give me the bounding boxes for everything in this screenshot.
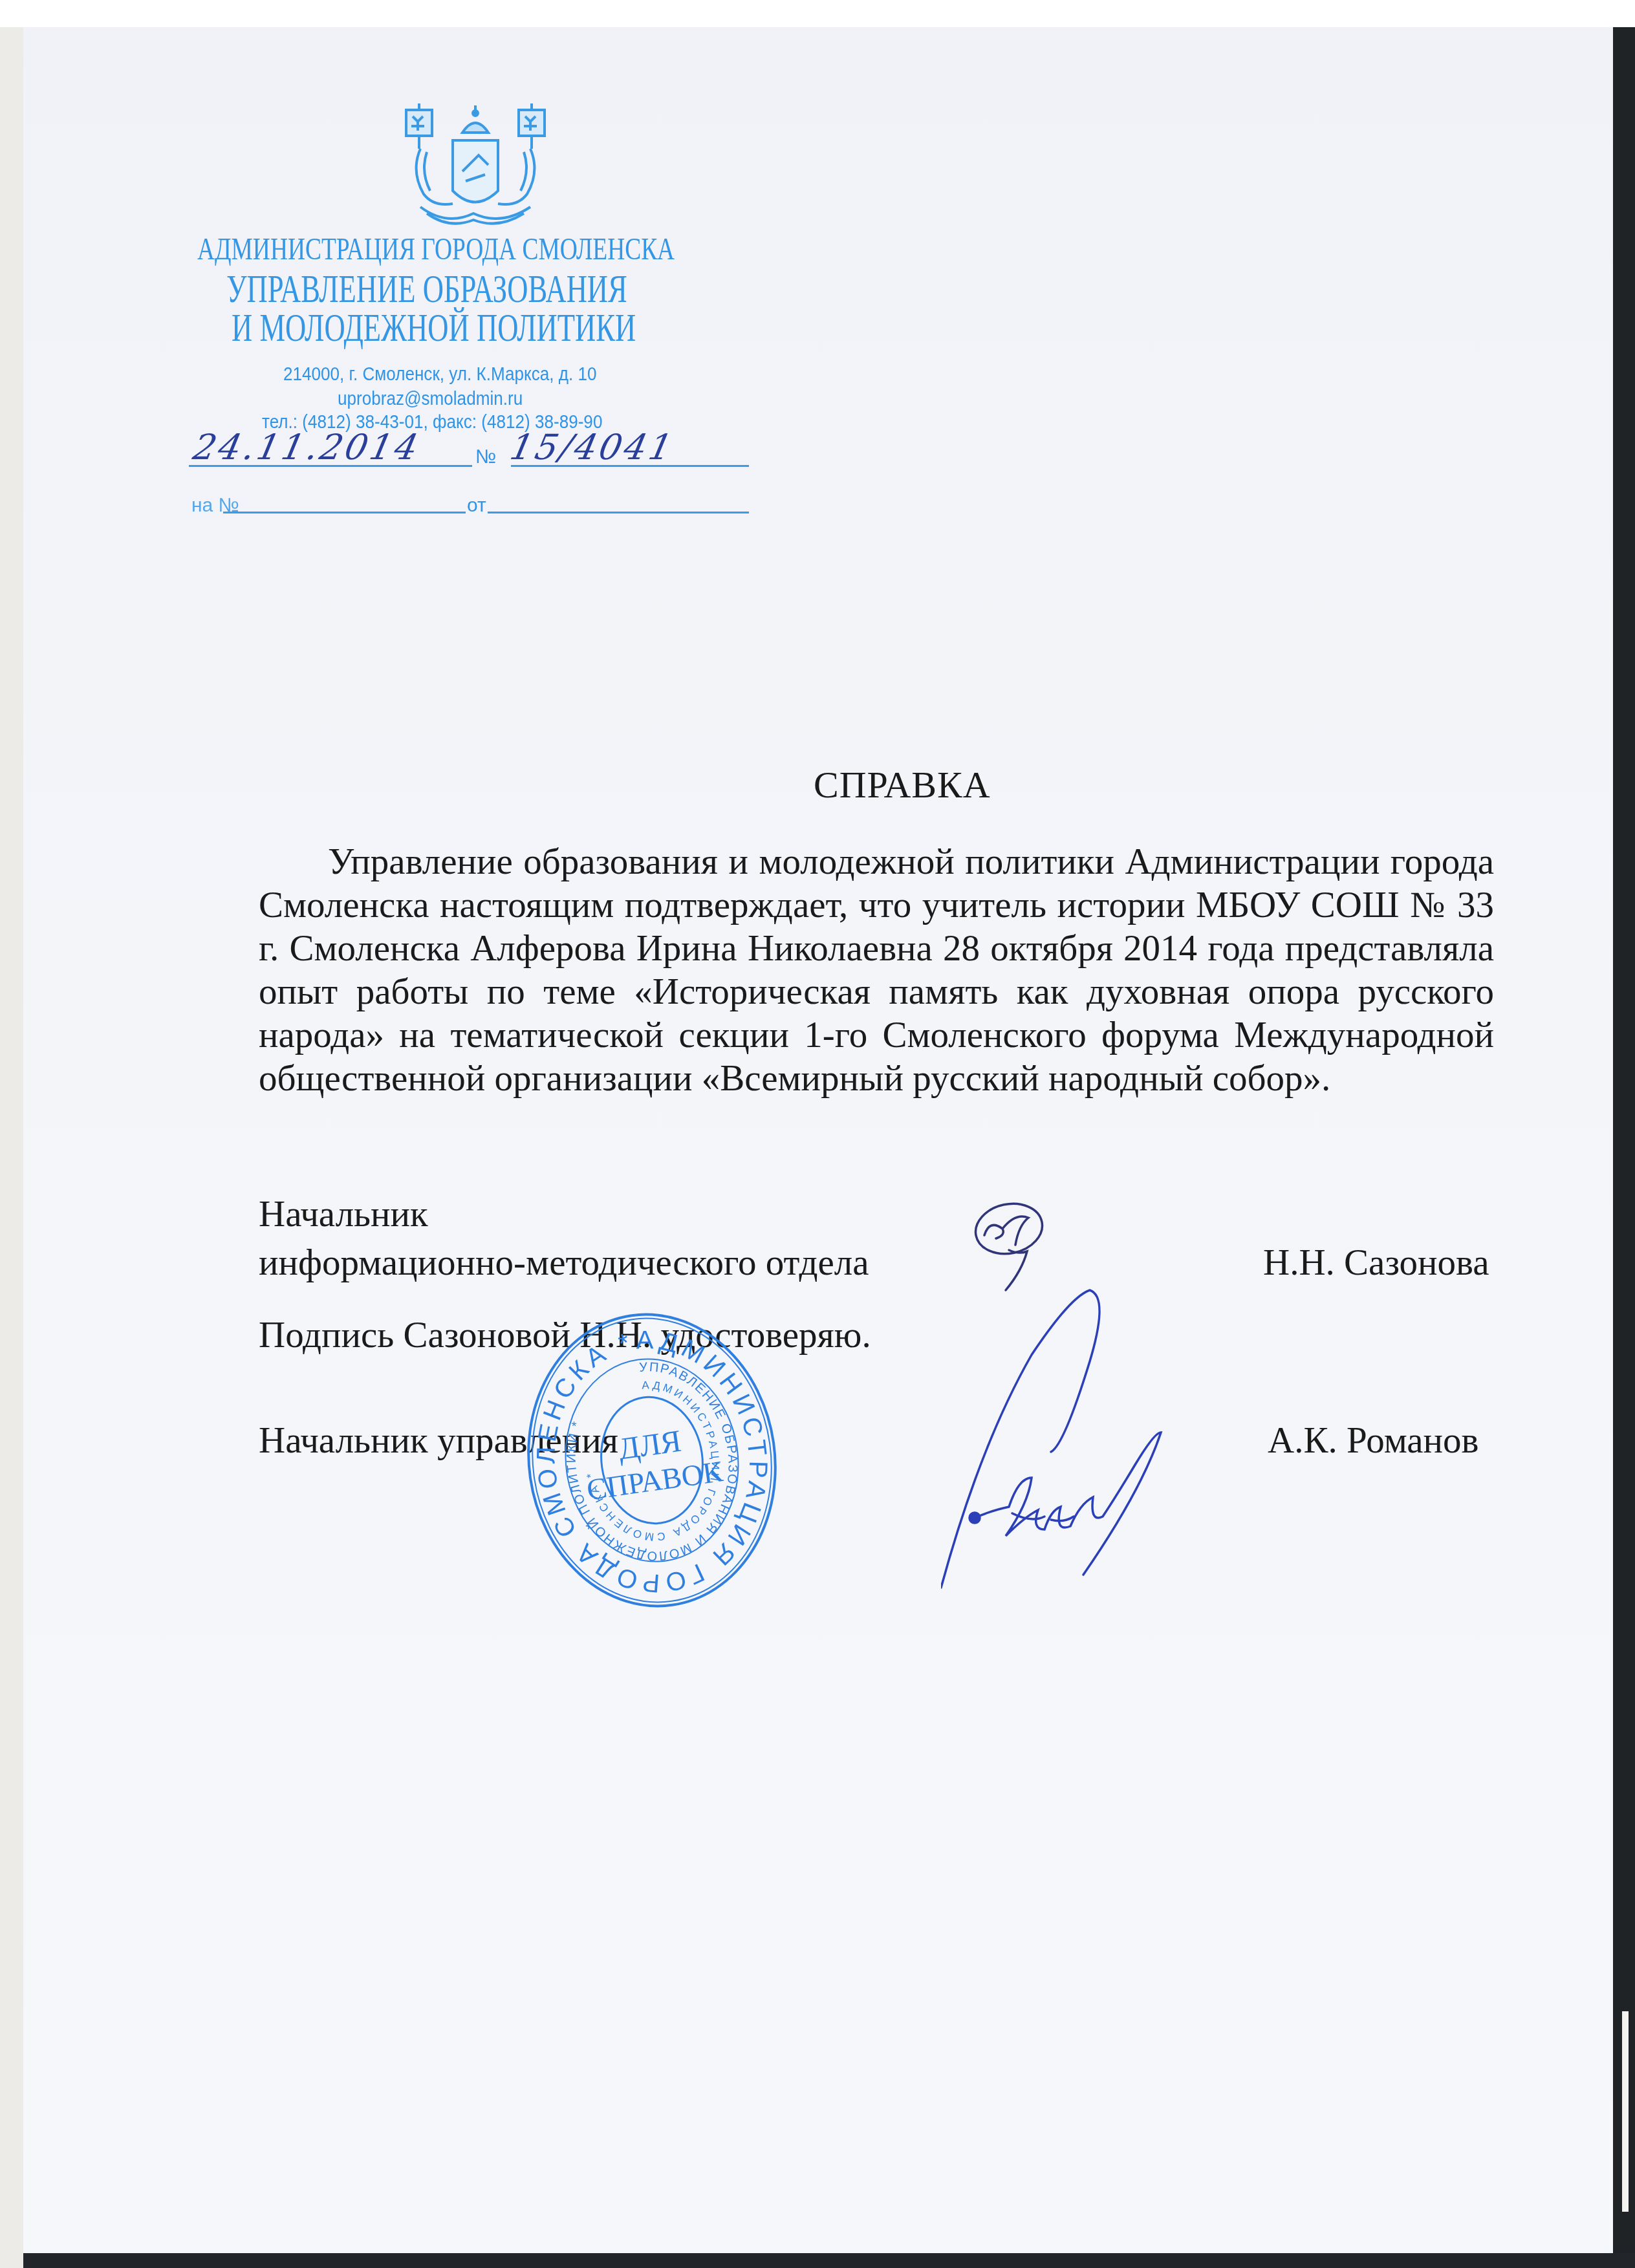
coat-of-arms-icon [401,100,550,230]
letterhead-address: 214000, г. Смоленск, ул. К.Маркса, д. 10 [283,364,597,385]
scan-edge-right [1613,27,1635,2268]
letterhead-organization: АДМИНИСТРАЦИЯ ГОРОДА СМОЛЕНСКА [197,232,675,267]
scan-edge-right-highlight [1622,2011,1629,2212]
from-label: от [467,495,486,517]
letterhead-department-line2: И МОЛОДЕЖНОЙ ПОЛИТИКИ [232,305,636,351]
paragraph-line: г. Смоленска Алферова Ирина Николаевна 2… [259,927,1494,969]
paragraph-line: общественной организации «Всемирный русс… [259,1057,1494,1099]
official-stamp-icon: АДМИНИСТРАЦИЯ ГОРОДА СМОЛЕНСКА * УПРАВЛЕ… [525,1310,779,1611]
paragraph-line: народа» на тематической секции 1-го Смол… [259,1014,1494,1056]
registration-date: 24.11.2014 [189,427,424,468]
number-field-line [511,465,749,467]
signer1-position-line2: информационно-методического отдела [259,1242,869,1284]
signer1-name: Н.Н. Сазонова [1263,1242,1489,1284]
letterhead-email: uprobraz@smoladmin.ru [338,389,523,410]
registration-number: 15/4041 [506,427,678,468]
signature-romanov-icon [941,1284,1239,1601]
paragraph-line: Смоленска настоящим подтверждает, что уч… [259,884,1494,926]
scan-margin-top [0,0,1635,27]
signature-sazonova-icon [970,1200,1061,1297]
reply-to-field-line [223,512,466,513]
stamp-center-line1: ДЛЯ [616,1424,684,1467]
paragraph-line: Управление образования и молодежной поли… [259,841,1494,883]
signer2-name: А.К. Романов [1268,1420,1479,1462]
paper-sheet [23,27,1613,2253]
scan-edge-bottom [23,2253,1635,2268]
date-field-line [189,465,472,467]
scan-margin-left [0,0,23,2268]
signer1-position-line1: Начальник [259,1193,428,1235]
from-field-line [488,512,749,513]
paragraph-line: опыт работы по теме «Историческая память… [259,971,1494,1013]
number-label: № [475,446,496,468]
document-title: СПРАВКА [814,763,991,806]
